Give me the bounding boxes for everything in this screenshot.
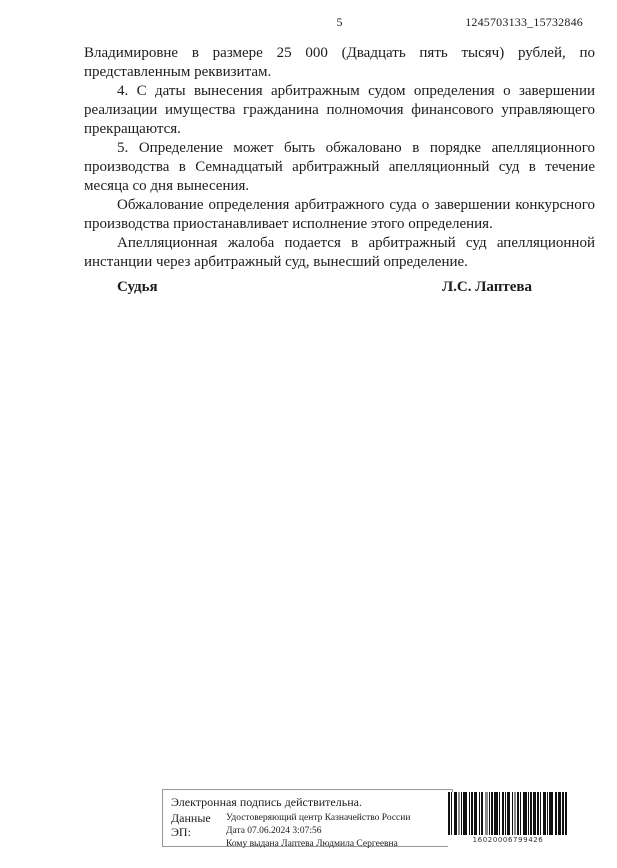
body-line: производства приостанавливает исполнение… <box>84 215 595 234</box>
body-line: инстанции через арбитражный суд, вынесши… <box>84 253 595 272</box>
body-line: 4. С даты вынесения арбитражным судом оп… <box>84 82 595 101</box>
stamp-detail-line: Удостоверяющий центр Казначейство России <box>226 812 410 825</box>
body-line: Владимировне в размере 25 000 (Двадцать … <box>84 44 595 63</box>
stamp-label: Данные ЭП: <box>171 811 226 851</box>
text-column: Владимировне в размере 25 000 (Двадцать … <box>84 44 595 297</box>
body-line: Апелляционная жалоба подается в арбитраж… <box>84 234 595 253</box>
signature-name: Л.С. Лаптева <box>442 278 595 297</box>
barcode: 16020006799426 <box>448 792 568 847</box>
body-line: Обжалование определения арбитражного суд… <box>84 196 595 215</box>
body-line: прекращаются. <box>84 120 595 139</box>
document-id: 1245703133_15732846 <box>465 15 583 30</box>
signature-role: Судья <box>84 278 158 297</box>
signature-row: Судья Л.С. Лаптева <box>84 278 595 297</box>
barcode-bar <box>565 792 567 835</box>
document-page: 5 1245703133_15732846 Владимировне в раз… <box>0 0 617 868</box>
body-line: месяца со дня вынесения. <box>84 177 595 196</box>
barcode-bars <box>448 792 568 835</box>
stamp-details: Удостоверяющий центр Казначейство России… <box>226 811 410 851</box>
body-line: реализации имущества гражданина полномоч… <box>84 101 595 120</box>
stamp-title: Электронная подпись действительна. <box>171 795 444 809</box>
stamp-detail-line: Кому выдана Лаптева Людмила Сергеевна <box>226 838 410 851</box>
stamp-detail-line: Дата 07.06.2024 3:07:56 <box>226 825 410 838</box>
body-line: производства в Семнадцатый арбитражный а… <box>84 158 595 177</box>
body-paragraphs: Владимировне в размере 25 000 (Двадцать … <box>84 44 595 272</box>
stamp-data-row: Данные ЭП: Удостоверяющий центр Казначей… <box>171 811 444 851</box>
page-header: 5 1245703133_15732846 <box>84 15 595 31</box>
body-line: 5. Определение может быть обжаловано в п… <box>84 139 595 158</box>
barcode-number: 16020006799426 <box>448 835 568 845</box>
page-number: 5 <box>337 15 343 30</box>
body-line: представленным реквизитам. <box>84 63 595 82</box>
electronic-signature-stamp: Электронная подпись действительна. Данны… <box>162 789 453 847</box>
